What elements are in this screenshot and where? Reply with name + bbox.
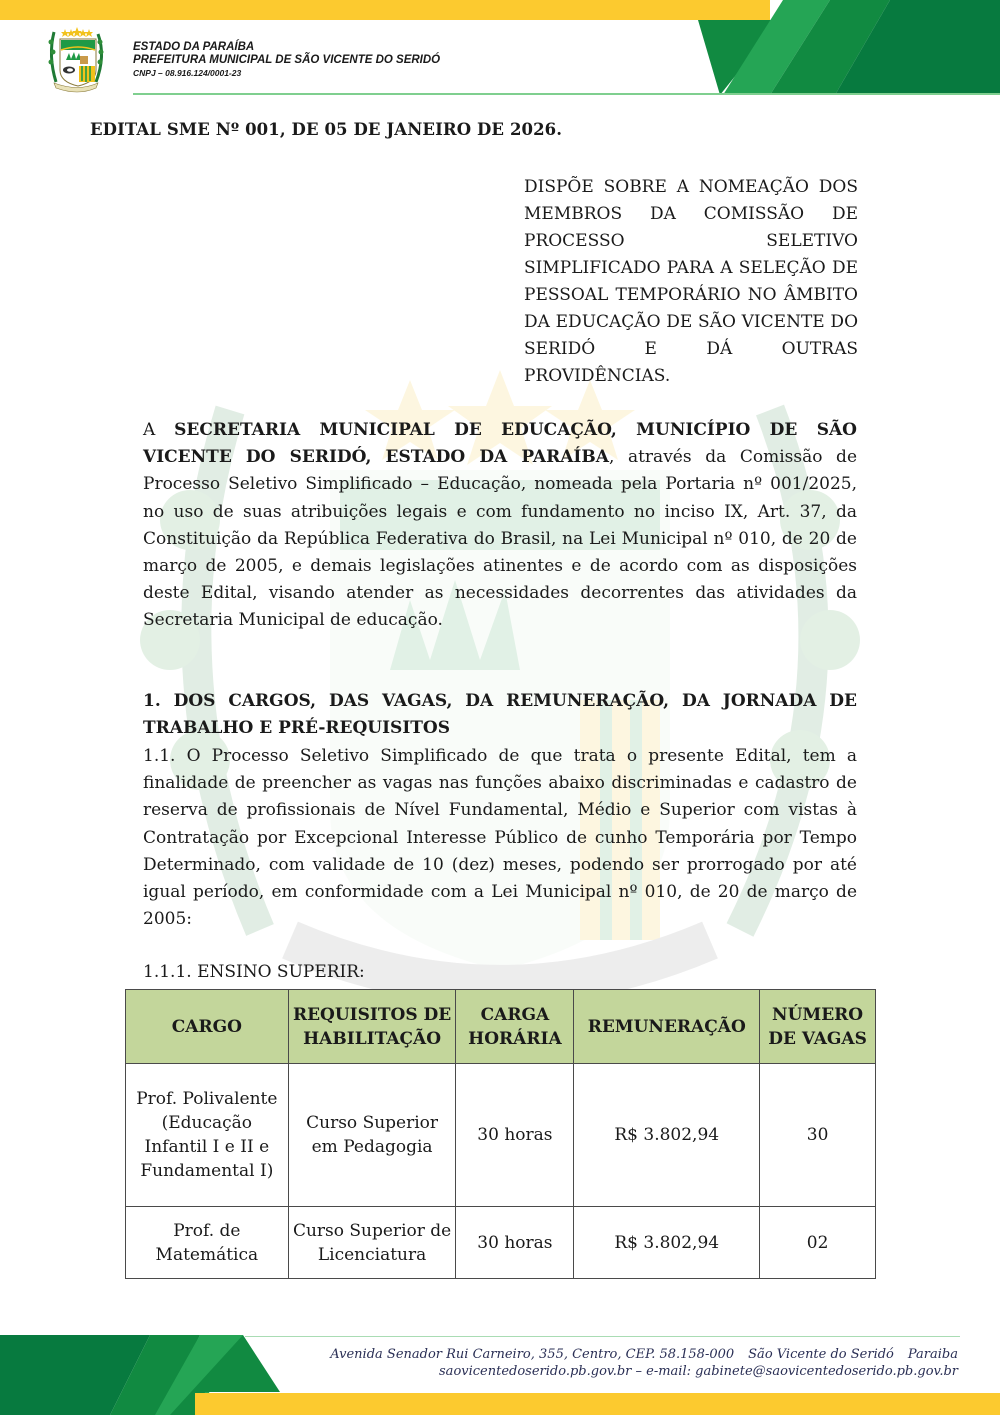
col-numero-vagas: NÚMERO DE VAGAS bbox=[760, 990, 876, 1064]
footer-address: Avenida Senador Rui Carneiro, 355, Centr… bbox=[330, 1347, 734, 1362]
header-green-stripes bbox=[670, 0, 1000, 95]
header-state: ESTADO DA PARAÍBA bbox=[133, 41, 440, 54]
document-title: EDITAL SME Nº 001, DE 05 DE JANEIRO DE 2… bbox=[90, 120, 690, 139]
cell-requisitos: Curso Superior em Pedagogia bbox=[288, 1064, 456, 1207]
cell-remuneracao: R$ 3.802,94 bbox=[574, 1064, 760, 1207]
footer-divider bbox=[245, 1336, 960, 1337]
section-1-heading: 1. DOS CARGOS, DAS VAGAS, DA REMUNERAÇÃO… bbox=[143, 688, 857, 742]
header-institution: ESTADO DA PARAÍBA PREFEITURA MUNICIPAL D… bbox=[133, 41, 440, 80]
cell-cargo: Prof. Polivalente (Educação Infantil I e… bbox=[126, 1064, 289, 1207]
footer-yellow-band bbox=[195, 1393, 1000, 1415]
footer-web-email[interactable]: saovicentedoserido.pb.gov.br – e-mail: g… bbox=[330, 1363, 958, 1380]
table-row: Prof. Polivalente (Educação Infantil I e… bbox=[126, 1064, 876, 1207]
header-municipality: PREFEITURA MUNICIPAL DE SÃO VICENTE DO S… bbox=[133, 54, 440, 67]
coat-of-arms-icon bbox=[40, 26, 110, 94]
table-row: Prof. de Matemática Curso Superior de Li… bbox=[126, 1207, 876, 1279]
header-cnpj: CNPJ – 08.916.124/0001-23 bbox=[133, 67, 440, 80]
vacancies-table: CARGO REQUISITOS DE HABILITAÇÃO CARGA HO… bbox=[125, 989, 876, 1279]
cell-remuneracao: R$ 3.802,94 bbox=[574, 1207, 760, 1279]
cell-numero-vagas: 02 bbox=[760, 1207, 876, 1279]
header-divider bbox=[133, 93, 1000, 95]
col-requisitos: REQUISITOS DE HABILITAÇÃO bbox=[288, 990, 456, 1064]
preamble-rest: , através da Comissão de Processo Seleti… bbox=[143, 447, 857, 630]
footer-contact: Avenida Senador Rui Carneiro, 355, Centr… bbox=[330, 1346, 958, 1380]
document-ementa: DISPÕE SOBRE A NOMEAÇÃO DOS MEMBROS DA C… bbox=[524, 174, 858, 390]
cell-carga-horaria: 30 horas bbox=[456, 1207, 574, 1279]
item-1-1-1-subheading: 1.1.1. ENSINO SUPERIR: bbox=[143, 960, 365, 984]
table-header-row: CARGO REQUISITOS DE HABILITAÇÃO CARGA HO… bbox=[126, 990, 876, 1064]
cell-carga-horaria: 30 horas bbox=[456, 1064, 574, 1207]
preamble-paragraph: A SECRETARIA MUNICIPAL DE EDUCAÇÃO, MUNI… bbox=[143, 417, 857, 635]
col-carga-horaria: CARGA HORÁRIA bbox=[456, 990, 574, 1064]
preamble-lead: A bbox=[143, 420, 174, 440]
item-1-1-paragraph: 1.1. O Processo Seletivo Simplificado de… bbox=[143, 743, 857, 933]
col-remuneracao: REMUNERAÇÃO bbox=[574, 990, 760, 1064]
footer-state: Paraiba bbox=[908, 1347, 958, 1362]
col-cargo: CARGO bbox=[126, 990, 289, 1064]
cell-cargo: Prof. de Matemática bbox=[126, 1207, 289, 1279]
header-yellow-band bbox=[0, 0, 780, 20]
footer-city: São Vicente do Seridó bbox=[748, 1347, 894, 1362]
cell-requisitos: Curso Superior de Licenciatura bbox=[288, 1207, 456, 1279]
cell-numero-vagas: 30 bbox=[760, 1064, 876, 1207]
